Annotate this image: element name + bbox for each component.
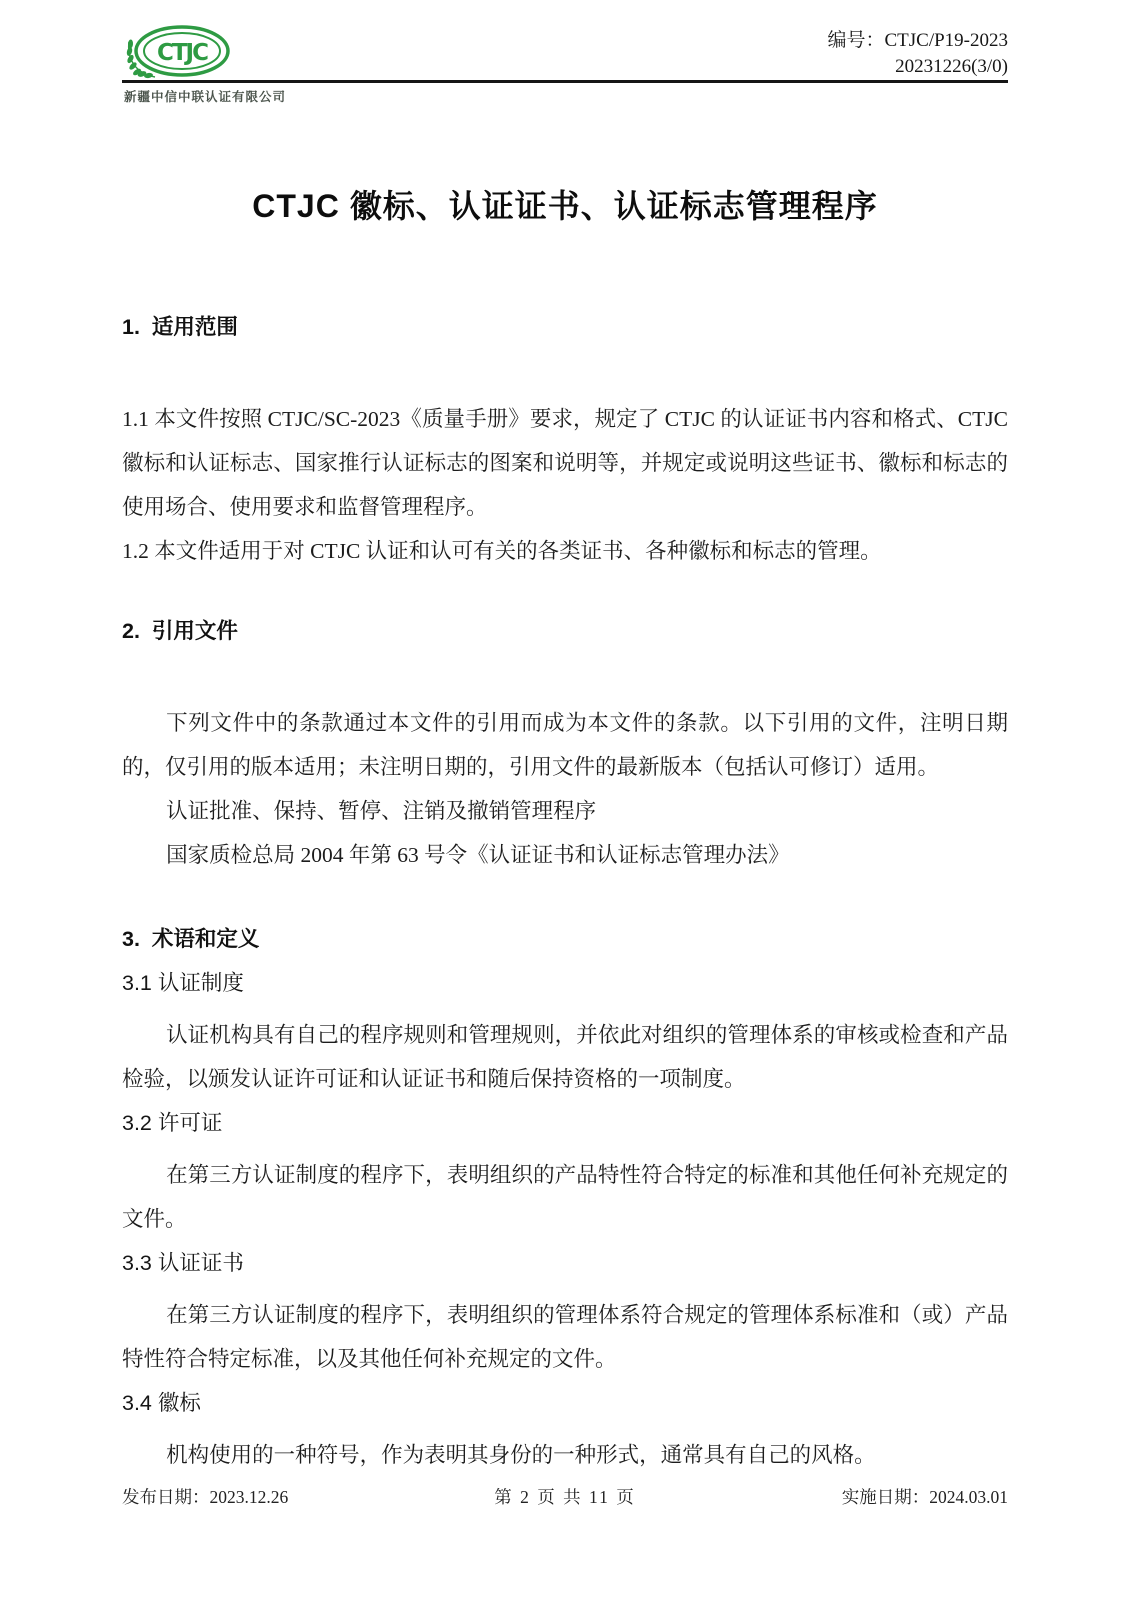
document-page: CTJC 编号：CTJC/P19-2023 20231226(3/0) 新疆中信… — [0, 0, 1131, 1600]
header-rule — [122, 80, 1008, 83]
page-footer: 发布日期：2023.12.26 第 2 页 共 11 页 实施日期：2024.0… — [122, 1484, 1008, 1509]
section-3-4-body: 机构使用的一种符号，作为表明其身份的一种形式，通常具有自己的风格。 — [122, 1433, 1008, 1477]
section-2-intro: 下列文件中的条款通过本文件的引用而成为本文件的条款。以下引用的文件，注明日期的，… — [122, 701, 1008, 789]
document-revision: 20231226(3/0) — [827, 54, 1008, 80]
document-title: CTJC 徽标、认证证书、认证标志管理程序 — [122, 183, 1008, 229]
company-logo-icon: CTJC — [120, 24, 232, 82]
section-3-heading: 3. 术语和定义 — [122, 917, 1008, 961]
section-2-reference-1: 认证批准、保持、暂停、注销及撤销管理程序 — [122, 789, 1008, 833]
para-1-1: 1.1 本文件按照 CTJC/SC-2023《质量手册》要求，规定了 CTJC … — [122, 397, 1008, 529]
logo-text: CTJC — [157, 40, 208, 66]
section-3-3-heading: 3.3 认证证书 — [122, 1241, 1008, 1285]
section-3-1-heading: 3.1 认证制度 — [122, 961, 1008, 1005]
implementation-date: 实施日期：2024.03.01 — [842, 1484, 1008, 1509]
section-2-heading: 2. 引用文件 — [122, 609, 1008, 653]
section-3-4-heading: 3.4 徽标 — [122, 1381, 1008, 1425]
document-content: CTJC 徽标、认证证书、认证标志管理程序 1. 适用范围 1.1 本文件按照 … — [0, 0, 1131, 1477]
section-1-heading: 1. 适用范围 — [122, 305, 1008, 349]
document-number: 编号：CTJC/P19-2023 — [827, 28, 1008, 54]
section-3-2-heading: 3.2 许可证 — [122, 1101, 1008, 1145]
release-date: 发布日期：2023.12.26 — [122, 1484, 288, 1509]
document-code-block: 编号：CTJC/P19-2023 20231226(3/0) — [827, 28, 1008, 80]
section-2-reference-2: 国家质检总局 2004 年第 63 号令《认证证书和认证标志管理办法》 — [122, 833, 1008, 877]
section-3-3-body: 在第三方认证制度的程序下，表明组织的管理体系符合规定的管理体系标准和（或）产品特… — [122, 1293, 1008, 1381]
para-1-2: 1.2 本文件适用于对 CTJC 认证和认可有关的各类证书、各种徽标和标志的管理… — [122, 529, 1008, 573]
section-3-2-body: 在第三方认证制度的程序下，表明组织的产品特性符合特定的标准和其他任何补充规定的文… — [122, 1153, 1008, 1241]
company-name: 新疆中信中联认证有限公司 — [124, 87, 286, 105]
section-3-1-body: 认证机构具有自己的程序规则和管理规则，并依此对组织的管理体系的审核或检查和产品检… — [122, 1013, 1008, 1101]
page-number: 第 2 页 共 11 页 — [494, 1484, 635, 1509]
